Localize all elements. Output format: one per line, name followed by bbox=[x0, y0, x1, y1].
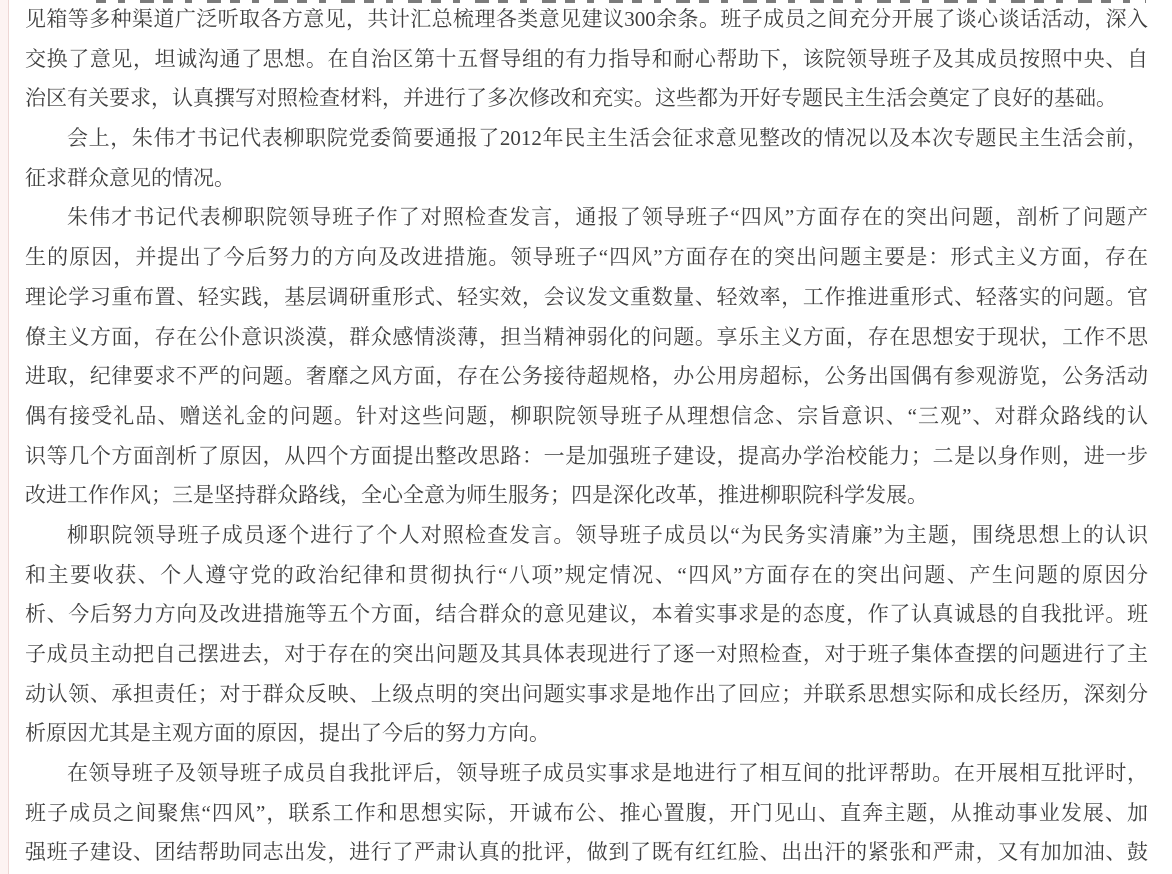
page: 见箱等多种渠道广泛听取各方意见，共计汇总梳理各类意见建议300余条。班子成员之间… bbox=[0, 0, 1172, 874]
text-line: 子成员主动把自己摆进去，对于存在的突出问题及其具体表现进行了逐一对照检查，对于班… bbox=[25, 635, 1148, 675]
document-text: 见箱等多种渠道广泛听取各方意见，共计汇总梳理各类意见建议300余条。班子成员之间… bbox=[0, 0, 1172, 873]
text-line: 班子成员之间聚焦“四风”，联系工作和思想实际，开诚布公、推心置腹，开门见山、直奔… bbox=[25, 794, 1148, 834]
text-line: 治区有关要求，认真撰写对照检查材料，并进行了多次修改和充实。这些都为开好专题民主… bbox=[25, 79, 1148, 119]
text-line: 柳职院领导班子成员逐个进行了个人对照检查发言。领导班子成员以“为民务实清廉”为主… bbox=[25, 516, 1148, 556]
text-line: 改进工作作风；三是坚持群众路线，全心全意为师生服务；四是深化改革，推进柳职院科学… bbox=[25, 476, 1148, 516]
text-line: 在领导班子及领导班子成员自我批评后，领导班子成员实事求是地进行了相互间的批评帮助… bbox=[25, 754, 1148, 794]
text-line: 生的原因，并提出了今后努力的方向及改进措施。领导班子“四风”方面存在的突出问题主… bbox=[25, 238, 1148, 278]
text-line: 理论学习重布置、轻实践，基层调研重形式、轻实效，会议发文重数量、轻效率，工作推进… bbox=[25, 278, 1148, 318]
text-line: 僚主义方面，存在公仆意识淡漠，群众感情淡薄，担当精神弱化的问题。享乐主义方面，存… bbox=[25, 318, 1148, 358]
text-line: 动认领、承担责任；对于群众反映、上级点明的突出问题实事求是地作出了回应；并联系思… bbox=[25, 675, 1148, 715]
text-line: 进取，纪律要求不严的问题。奢靡之风方面，存在公务接待超规格，办公用房超标，公务出… bbox=[25, 357, 1148, 397]
text-line: 强班子建设、团结帮助同志出发，进行了严肃认真的批评，做到了既有红红脸、出出汗的紧… bbox=[25, 833, 1148, 873]
text-line: 和主要收获、个人遵守党的政治纪律和贯彻执行“八项”规定情况、“四风”方面存在的突… bbox=[25, 556, 1148, 596]
text-line: 交换了意见，坦诚沟通了思想。在自治区第十五督导组的有力指导和耐心帮助下，该院领导… bbox=[25, 40, 1148, 80]
text-line: 析原因尤其是主观方面的原因，提出了今后的努力方向。 bbox=[25, 714, 1148, 754]
text-line: 朱伟才书记代表柳职院领导班子作了对照检查发言，通报了领导班子“四风”方面存在的突… bbox=[25, 198, 1148, 238]
text-line: 见箱等多种渠道广泛听取各方意见，共计汇总梳理各类意见建议300余条。班子成员之间… bbox=[25, 0, 1148, 40]
text-line: 偶有接受礼品、赠送礼金的问题。针对这些问题，柳职院领导班子从理想信念、宗旨意识、… bbox=[25, 397, 1148, 437]
text-line: 识等几个方面剖析了原因，从四个方面提出整改思路：一是加强班子建设，提高办学治校能… bbox=[25, 437, 1148, 477]
text-line: 征求群众意见的情况。 bbox=[25, 159, 1148, 199]
text-line: 析、今后努力方向及改进措施等五个方面，结合群众的意见建议，本着实事求是的态度，作… bbox=[25, 595, 1148, 635]
text-line: 会上，朱伟才书记代表柳职院党委简要通报了2012年民主生活会征求意见整改的情况以… bbox=[25, 119, 1148, 159]
